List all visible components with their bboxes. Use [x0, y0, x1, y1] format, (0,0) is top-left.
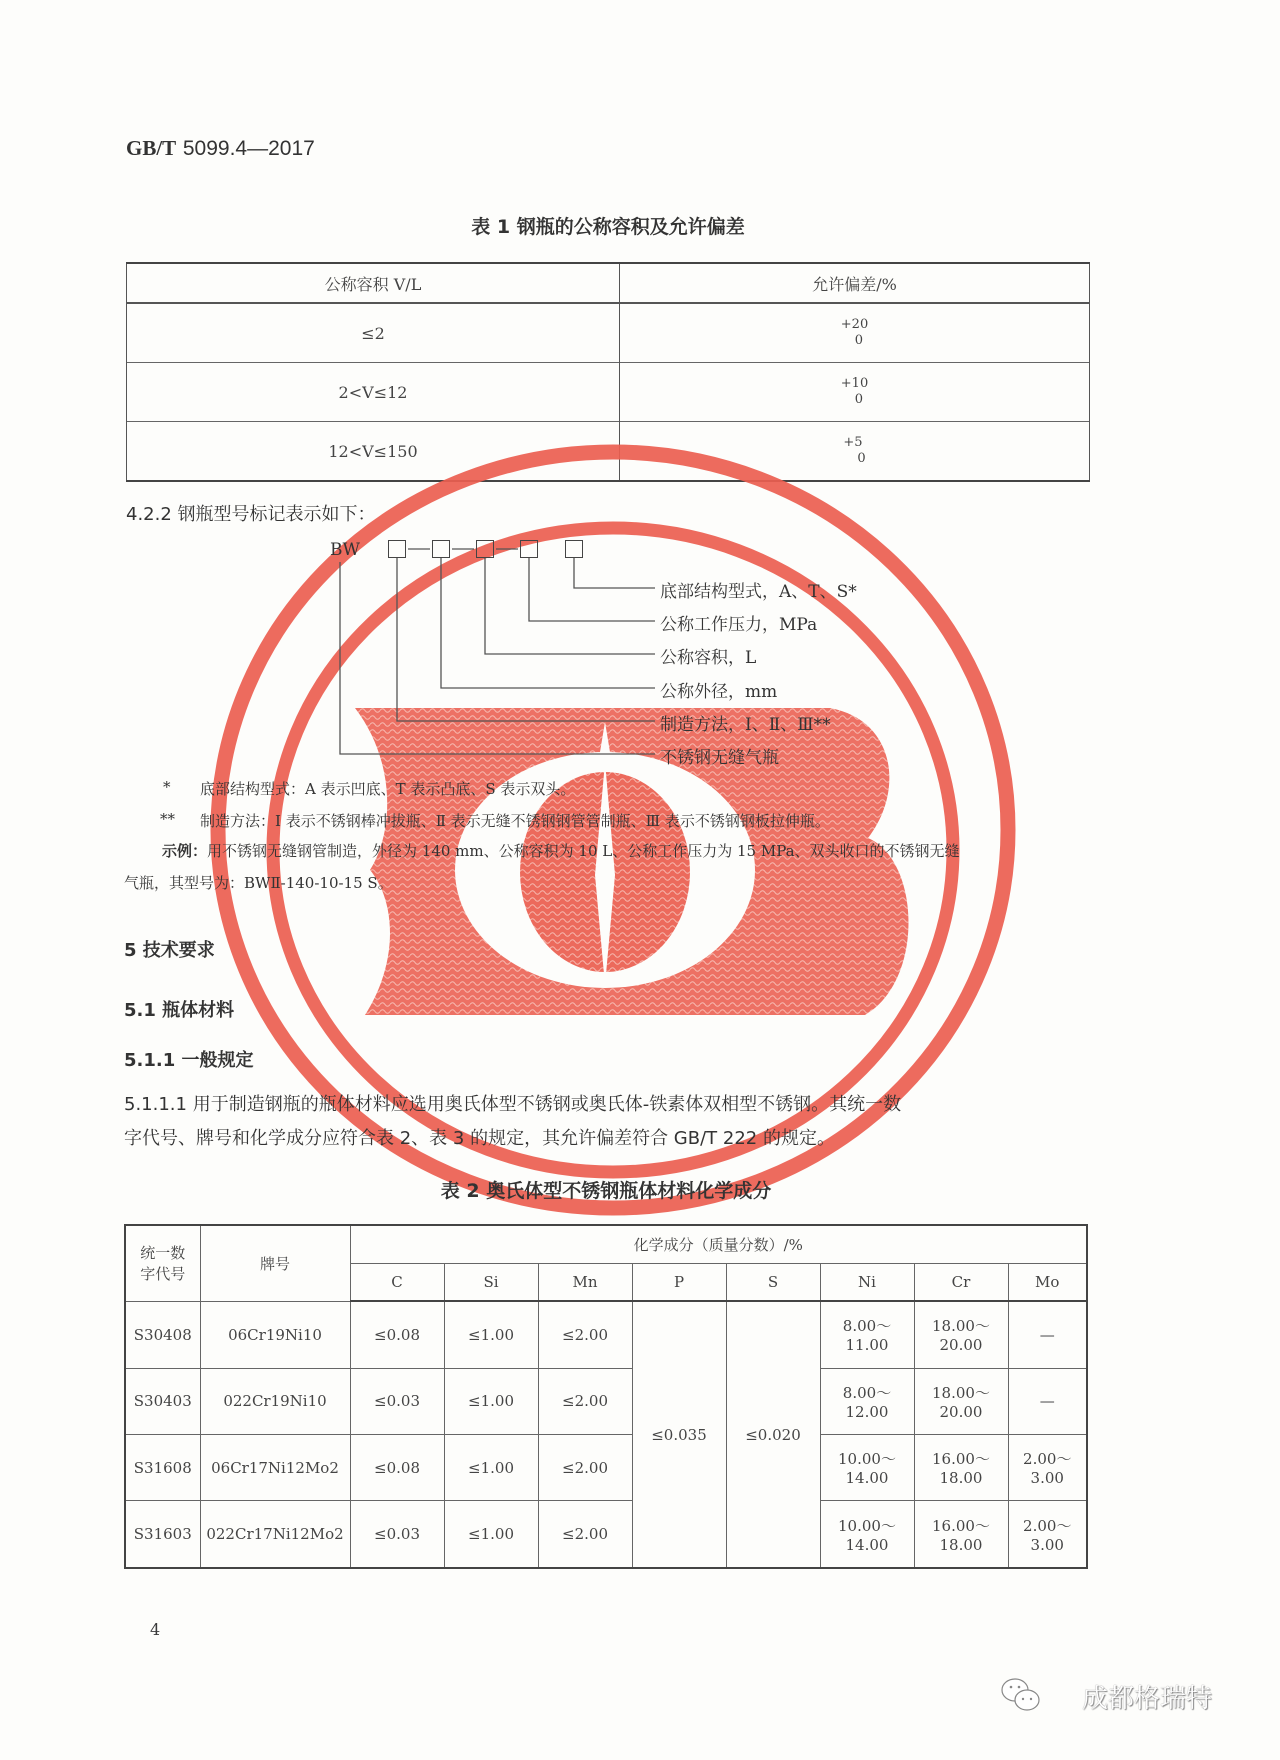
col-code-line-1: 统一数 — [140, 1244, 185, 1262]
code-cell: S31603 — [125, 1501, 200, 1568]
table-row: 12<V≤150 +50 — [127, 422, 1090, 482]
table1-title: 表 1 钢瓶的公称容积及允许偏差 — [126, 212, 1090, 239]
example: 示例：用不锈钢无缝钢管制造，外径为 140 mm、公称容积为 10 L、公称工作… — [162, 840, 960, 861]
tol-upper: +5 — [843, 435, 862, 450]
example-label: 示例： — [162, 842, 207, 860]
table2-group-header: 化学成分（质量分数）/% — [350, 1225, 1087, 1263]
table2: 统一数字代号 牌号 化学成分（质量分数）/% C Si Mn P S Ni Cr… — [124, 1224, 1088, 1569]
mo-cell: 2.00～3.00 — [1008, 1434, 1087, 1500]
ni-max: 14.00 — [846, 1536, 889, 1554]
mo-min: 2.00～ — [1023, 1517, 1071, 1535]
label-cylinder-type: 不锈钢无缝气瓶 — [660, 743, 779, 768]
watermark-text: 成都格瑞特 — [1082, 1678, 1212, 1715]
grade-cell: 022Cr19Ni10 — [200, 1368, 350, 1434]
ni-cell: 10.00～14.00 — [820, 1434, 914, 1500]
col-C: C — [350, 1263, 444, 1301]
ni-min: 8.00～ — [843, 1317, 891, 1335]
grade-cell: 022Cr17Ni12Mo2 — [200, 1501, 350, 1568]
si-cell: ≤1.00 — [444, 1501, 538, 1568]
model-heading: 4.2.2 钢瓶型号标记表示如下： — [126, 500, 376, 526]
grade-cell: 06Cr19Ni10 — [200, 1301, 350, 1368]
col-Cr: Cr — [914, 1263, 1008, 1301]
cr-max: 20.00 — [940, 1403, 983, 1421]
ni-cell: 8.00～12.00 — [820, 1368, 914, 1434]
tolerance-cell: +200 — [620, 303, 1090, 363]
section-5-1-1-1-line-1: 5.1.1.1 用于制造钢瓶的瓶体材料应选用奥氏体型不锈钢或奥氏体-铁素体双相型… — [124, 1088, 901, 1122]
ni-cell: 10.00～14.00 — [820, 1501, 914, 1568]
page-number: 4 — [150, 1620, 160, 1639]
table2-col-grade: 牌号 — [200, 1225, 350, 1301]
mo-cell: — — [1008, 1368, 1087, 1434]
table2-col-code: 统一数字代号 — [125, 1225, 200, 1301]
ni-max: 14.00 — [846, 1469, 889, 1487]
section-5-heading: 5 技术要求 — [124, 936, 215, 962]
footnote-1: 底部结构型式：A 表示凹底、T 表示凸底、S 表示双头。 — [200, 778, 575, 799]
cr-cell: 16.00～18.00 — [914, 1501, 1008, 1568]
mo-cell: — — [1008, 1301, 1087, 1368]
label-working-pressure: 公称工作压力，MPa — [660, 610, 817, 635]
col-Mo: Mo — [1008, 1263, 1087, 1301]
standard-code: GB/T 5099.4—2017 — [126, 136, 315, 161]
mn-cell: ≤2.00 — [538, 1501, 632, 1568]
c-cell: ≤0.03 — [350, 1368, 444, 1434]
col-P: P — [632, 1263, 726, 1301]
cr-min: 18.00～ — [932, 1317, 990, 1335]
table-row: S31603 022Cr17Ni12Mo2 ≤0.03 ≤1.00 ≤2.00 … — [125, 1501, 1087, 1568]
table1-col-tolerance: 允许偏差/% — [620, 263, 1090, 303]
standard-code-number: 5099.4—2017 — [183, 137, 315, 160]
placeholder-box-diameter — [432, 540, 450, 558]
volume-cell: 2<V≤12 — [127, 363, 620, 422]
cr-min: 16.00～ — [932, 1450, 990, 1468]
label-bottom-structure: 底部结构型式，A、T、S* — [660, 577, 857, 602]
mo-max: 3.00 — [1031, 1536, 1064, 1554]
tolerance-cell: +100 — [620, 363, 1090, 422]
label-manufacturing-method: 制造方法，Ⅰ、Ⅱ、Ⅲ** — [660, 710, 831, 735]
table-row: S30403 022Cr19Ni10 ≤0.03 ≤1.00 ≤2.00 8.0… — [125, 1368, 1087, 1434]
code-cell: S30403 — [125, 1368, 200, 1434]
ni-min: 8.00～ — [843, 1384, 891, 1402]
table2-title: 表 2 奥氏体型不锈钢瓶体材料化学成分 — [124, 1176, 1088, 1203]
table1-header-row: 公称容积 V/L 允许偏差/% — [127, 263, 1090, 303]
cr-min: 16.00～ — [932, 1517, 990, 1535]
table2-header-row-1: 统一数字代号 牌号 化学成分（质量分数）/% — [125, 1225, 1087, 1263]
label-outer-diameter: 公称外径，mm — [660, 677, 777, 702]
mn-cell: ≤2.00 — [538, 1301, 632, 1368]
col-Si: Si — [444, 1263, 538, 1301]
ni-cell: 8.00～11.00 — [820, 1301, 914, 1368]
mo-cell: 2.00～3.00 — [1008, 1501, 1087, 1568]
mn-cell: ≤2.00 — [538, 1434, 632, 1500]
col-Mn: Mn — [538, 1263, 632, 1301]
footnote-1-mark: * — [163, 778, 171, 796]
tol-lower: 0 — [841, 333, 868, 349]
section-5-1-1-heading: 5.1.1 一般规定 — [124, 1046, 254, 1072]
tol-upper: +10 — [841, 376, 868, 391]
cr-max: 18.00 — [940, 1469, 983, 1487]
placeholder-box-volume — [476, 540, 494, 558]
tol-lower: 0 — [841, 392, 868, 408]
section-5-1-heading: 5.1 瓶体材料 — [124, 996, 234, 1022]
c-cell: ≤0.03 — [350, 1501, 444, 1568]
cr-max: 18.00 — [940, 1536, 983, 1554]
cr-max: 20.00 — [940, 1336, 983, 1354]
table-row: ≤2 +200 — [127, 303, 1090, 363]
cr-min: 18.00～ — [932, 1384, 990, 1402]
si-cell: ≤1.00 — [444, 1368, 538, 1434]
table1-col-volume: 公称容积 V/L — [127, 263, 620, 303]
tol-lower: 0 — [843, 451, 865, 467]
s-cell: ≤0.020 — [726, 1301, 820, 1568]
code-cell: S30408 — [125, 1301, 200, 1368]
col-S: S — [726, 1263, 820, 1301]
cr-cell: 18.00～20.00 — [914, 1368, 1008, 1434]
section-5-1-1-1-line-2: 字代号、牌号和化学成分应符合表 2、表 3 的规定，其允许偏差符合 GB/T 2… — [124, 1122, 835, 1156]
ni-max: 11.00 — [846, 1336, 889, 1354]
placeholder-box-pressure — [520, 540, 538, 558]
wechat-icon — [1000, 1676, 1044, 1716]
tol-upper: +20 — [841, 317, 868, 332]
ni-max: 12.00 — [846, 1403, 889, 1421]
label-nominal-volume: 公称容积，L — [660, 643, 756, 668]
tolerance-cell: +50 — [620, 422, 1090, 482]
footnote-2: 制造方法：Ⅰ 表示不锈钢棒冲拔瓶、Ⅱ 表示无缝不锈钢钢管管制瓶、Ⅲ 表示不锈钢钢… — [200, 810, 830, 831]
mn-cell: ≤2.00 — [538, 1368, 632, 1434]
col-Ni: Ni — [820, 1263, 914, 1301]
code-cell: S31608 — [125, 1434, 200, 1500]
standard-code-prefix: GB/T — [126, 136, 176, 160]
table-row: S31608 06Cr17Ni12Mo2 ≤0.08 ≤1.00 ≤2.00 1… — [125, 1434, 1087, 1500]
footnote-2-mark: ** — [160, 810, 175, 828]
c-cell: ≤0.08 — [350, 1301, 444, 1368]
c-cell: ≤0.08 — [350, 1434, 444, 1500]
table1: 公称容积 V/L 允许偏差/% ≤2 +200 2<V≤12 +100 12<V… — [126, 262, 1090, 482]
volume-cell: ≤2 — [127, 303, 620, 363]
placeholder-box-method — [388, 540, 406, 558]
si-cell: ≤1.00 — [444, 1301, 538, 1368]
mo-max: 3.00 — [1031, 1469, 1064, 1487]
mo-min: 2.00～ — [1023, 1450, 1071, 1468]
cr-cell: 18.00～20.00 — [914, 1301, 1008, 1368]
model-code-prefix: BW — [330, 540, 360, 560]
grade-cell: 06Cr17Ni12Mo2 — [200, 1434, 350, 1500]
p-cell: ≤0.035 — [632, 1301, 726, 1568]
example-line-1: 用不锈钢无缝钢管制造，外径为 140 mm、公称容积为 10 L、公称工作压力为… — [207, 842, 960, 860]
cr-cell: 16.00～18.00 — [914, 1434, 1008, 1500]
col-code-line-2: 字代号 — [140, 1265, 185, 1283]
placeholder-box-bottom — [565, 540, 583, 558]
table-row: S30408 06Cr19Ni10 ≤0.08 ≤1.00 ≤2.00 ≤0.0… — [125, 1301, 1087, 1368]
si-cell: ≤1.00 — [444, 1434, 538, 1500]
table-row: 2<V≤12 +100 — [127, 363, 1090, 422]
volume-cell: 12<V≤150 — [127, 422, 620, 482]
example-line-2: 气瓶，其型号为：BWⅡ-140-10-15 S。 — [124, 872, 393, 893]
ni-min: 10.00～ — [838, 1517, 896, 1535]
ni-min: 10.00～ — [838, 1450, 896, 1468]
